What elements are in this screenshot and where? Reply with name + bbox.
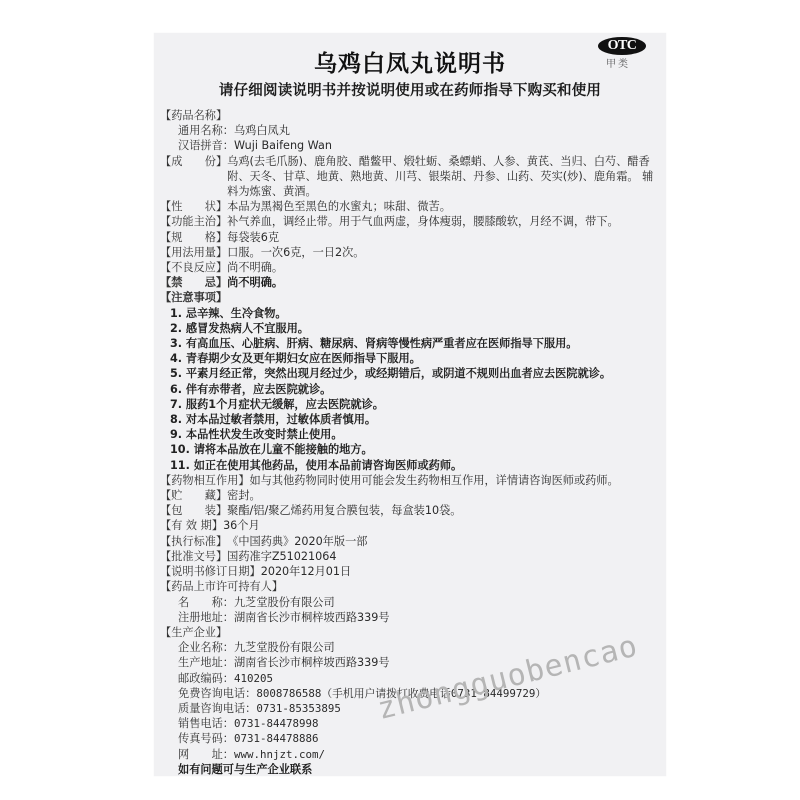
field-label: 【药物相互作用】 — [160, 473, 250, 488]
indications-value: 补气养血，调经止带。用于气血两虚，身体瘦弱，腰膝酸软，月经不调，带下。 — [227, 214, 660, 229]
website-value: www.hnjzt.com/ — [234, 747, 660, 762]
field-label: 【有 效 期】 — [160, 518, 223, 533]
precaution-item: 10. 请将本品放在儿童不能接触的地方。 — [170, 442, 660, 457]
field-label: 质量咨询电话： — [178, 701, 256, 716]
field-label: 【贮 藏】 — [160, 488, 227, 503]
interactions-value: 如与其他药物同时使用可能会发生药物相互作用，详情请咨询医师或药师。 — [250, 473, 660, 488]
pinyin-row: 汉语拼音： Wuji Baifeng Wan — [160, 138, 660, 153]
package-row: 【包 装】 聚酯/铝/聚乙烯药用复合膜包装，每盒装10袋。 — [160, 503, 660, 518]
precaution-item: 5. 平素月经正常，突然出现月经过少，或经期错后，或阴道不规则出血者应去医院就诊… — [170, 366, 660, 381]
precaution-item: 1. 忌辛辣、生冷食物。 — [170, 306, 660, 321]
indications-row: 【功能主治】 补气养血，调经止带。用于气血两虚，身体瘦弱，腰膝酸软，月经不调，带… — [160, 214, 660, 229]
page-title: 乌鸡白凤丸说明书 — [154, 45, 666, 78]
page-subtitle: 请仔细阅读说明书并按说明使用或在药师指导下购买和使用 — [154, 79, 666, 100]
footer-note: 如有问题可与生产企业联系 — [160, 762, 660, 777]
storage-value: 密封。 — [227, 488, 660, 503]
holder-name-row: 名 称： 九芝堂股份有限公司 — [160, 595, 660, 610]
approval-value: 国药准字Z51021064 — [227, 549, 660, 564]
field-label: 【功能主治】 — [160, 214, 227, 229]
description-value: 本品为黑褐色至黑色的水蜜丸；味甜、微苦。 — [227, 199, 660, 214]
precaution-item: 6. 伴有赤带者，应去医院就诊。 — [170, 382, 660, 397]
precaution-item: 4. 青春期少女及更年期妇女应在医师指导下服用。 — [170, 351, 660, 366]
holder-address-value: 湖南省长沙市桐梓坡西路339号 — [234, 610, 660, 625]
standard-row: 【执行标准】 《中国药典》2020年版一部 — [160, 534, 660, 549]
field-label: 销售电话： — [178, 716, 234, 731]
generic-name-value: 乌鸡白凤丸 — [234, 123, 660, 138]
adverse-reactions-row: 【不良反应】 尚不明确。 — [160, 260, 660, 275]
precaution-item: 3. 有高血压、心脏病、肝病、糖尿病、肾病等慢性病严重者应在医师指导下服用。 — [170, 336, 660, 351]
field-label: 通用名称： — [178, 123, 234, 138]
instruction-sheet: OTC 甲类 乌鸡白凤丸说明书 请仔细阅读说明书并按说明使用或在药师指导下购买和… — [154, 33, 666, 776]
drug-name-section: 【药品名称】 — [160, 108, 660, 123]
composition-value: 乌鸡(去毛爪肠)、鹿角胶、醋鳖甲、煅牡蛎、桑螵蛸、人参、黄芪、当归、白芍、醋香附… — [227, 154, 660, 200]
field-label: 名 称： — [178, 595, 234, 610]
field-label: 【不良反应】 — [160, 260, 227, 275]
field-label: 邮政编码： — [178, 671, 234, 686]
standard-value: 《中国药典》2020年版一部 — [227, 534, 660, 549]
interactions-row: 【药物相互作用】 如与其他药物同时使用可能会发生药物相互作用，详情请咨询医师或药… — [160, 473, 660, 488]
pinyin-value: Wuji Baifeng Wan — [234, 138, 660, 153]
manufacturer-section: 【生产企业】 — [160, 625, 660, 640]
revision-value: 2020年12月01日 — [261, 564, 660, 579]
generic-name-row: 通用名称： 乌鸡白凤丸 — [160, 123, 660, 138]
precaution-item: 8. 对本品过敏者禁用，过敏体质者慎用。 — [170, 412, 660, 427]
adverse-value: 尚不明确。 — [227, 260, 660, 275]
contraindications-value: 尚不明确。 — [227, 275, 660, 290]
approval-row: 【批准文号】 国药准字Z51021064 — [160, 549, 660, 564]
precaution-item: 7. 服药1个月症状无缓解，应去医院就诊。 — [170, 397, 660, 412]
composition-row: 【成 份】 乌鸡(去毛爪肠)、鹿角胶、醋鳖甲、煅牡蛎、桑螵蛸、人参、黄芪、当归、… — [160, 154, 660, 200]
section-label: 【生产企业】 — [160, 625, 227, 640]
sheet-body: 【药品名称】 通用名称： 乌鸡白凤丸 汉语拼音： Wuji Baifeng Wa… — [160, 108, 660, 777]
precaution-item: 2. 感冒发热病人不宜服用。 — [170, 321, 660, 336]
field-label: 网 址： — [178, 747, 234, 762]
validity-row: 【有 效 期】 36个月 — [160, 518, 660, 533]
fax-value: 0731-84478886 — [234, 731, 660, 746]
field-label: 企业名称： — [178, 640, 234, 655]
website-row: 网 址： www.hnjzt.com/ — [160, 747, 660, 762]
field-label: 【执行标准】 — [160, 534, 227, 549]
precautions-list: 1. 忌辛辣、生冷食物。 2. 感冒发热病人不宜服用。 3. 有高血压、心脏病、… — [160, 306, 660, 473]
section-label: 【药品上市许可持有人】 — [160, 579, 283, 594]
storage-row: 【贮 藏】 密封。 — [160, 488, 660, 503]
package-value: 聚酯/铝/聚乙烯药用复合膜包装，每盒装10袋。 — [227, 503, 660, 518]
description-row: 【性 状】 本品为黑褐色至黑色的水蜜丸；味甜、微苦。 — [160, 199, 660, 214]
section-label: 【药品名称】 — [160, 108, 227, 123]
field-label: 【禁 忌】 — [160, 275, 227, 290]
dosage-value: 口服。一次6克，一日2次。 — [227, 245, 660, 260]
field-label: 【包 装】 — [160, 503, 227, 518]
section-label: 【注意事项】 — [160, 290, 227, 305]
field-label: 注册地址： — [178, 610, 234, 625]
field-label: 生产地址： — [178, 655, 234, 670]
precautions-section: 【注意事项】 — [160, 290, 660, 305]
specification-row: 【规 格】 每袋装6克 — [160, 230, 660, 245]
field-label: 【批准文号】 — [160, 549, 227, 564]
field-label: 传真号码： — [178, 731, 234, 746]
dosage-row: 【用法用量】 口服。一次6克，一日2次。 — [160, 245, 660, 260]
field-label: 汉语拼音： — [178, 138, 234, 153]
precaution-item: 11. 如正在使用其他药品，使用本品前请咨询医师或药师。 — [170, 458, 660, 473]
field-label: 【成 份】 — [160, 154, 227, 200]
field-label: 【说明书修订日期】 — [160, 564, 261, 579]
field-label: 【性 状】 — [160, 199, 227, 214]
field-label: 【用法用量】 — [160, 245, 227, 260]
contraindications-row: 【禁 忌】 尚不明确。 — [160, 275, 660, 290]
field-label: 【规 格】 — [160, 230, 227, 245]
validity-value: 36个月 — [223, 518, 660, 533]
holder-address-row: 注册地址： 湖南省长沙市桐梓坡西路339号 — [160, 610, 660, 625]
sales-phone-value: 0731-84478998 — [234, 716, 660, 731]
field-label: 免费咨询电话： — [178, 686, 256, 701]
holder-section: 【药品上市许可持有人】 — [160, 579, 660, 594]
precaution-item: 9. 本品性状发生改变时禁止使用。 — [170, 427, 660, 442]
holder-name-value: 九芝堂股份有限公司 — [234, 595, 660, 610]
revision-row: 【说明书修订日期】 2020年12月01日 — [160, 564, 660, 579]
fax-row: 传真号码： 0731-84478886 — [160, 731, 660, 746]
specification-value: 每袋装6克 — [227, 230, 660, 245]
